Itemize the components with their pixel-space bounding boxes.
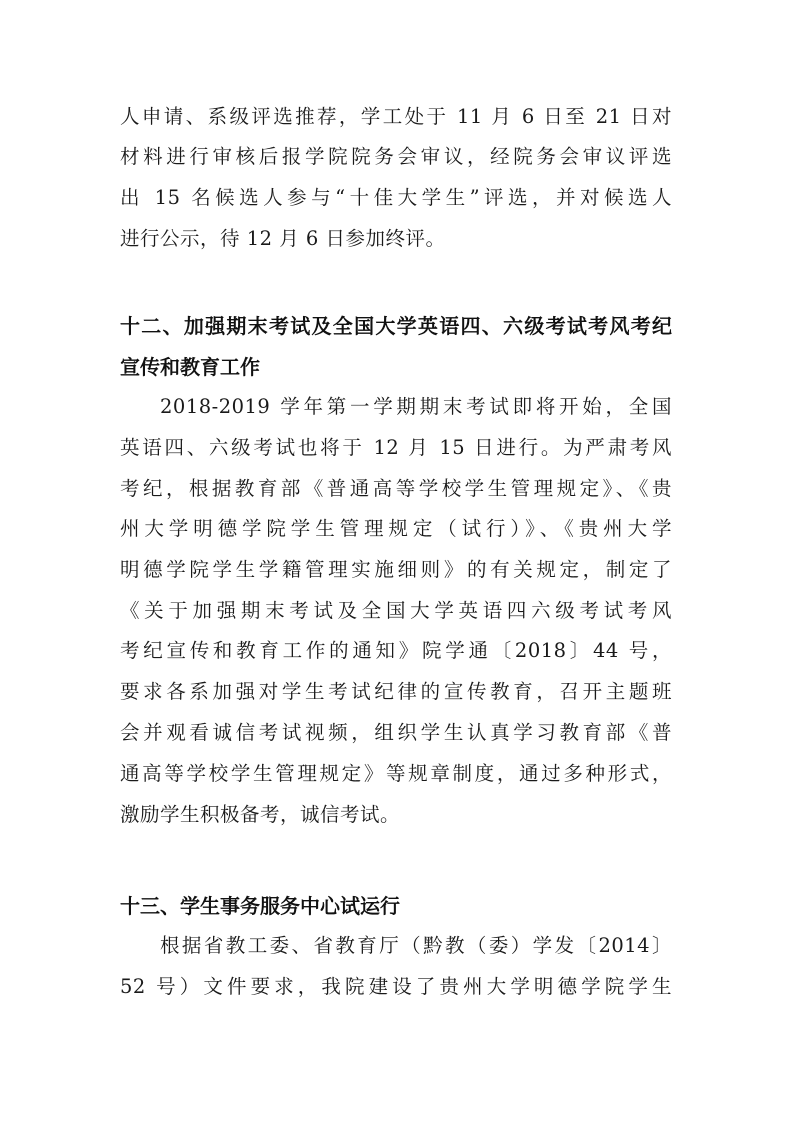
paragraph-line: 出 15 名候选人参与“十佳大学生”评选，并对候选人 [120, 184, 672, 212]
section-heading-continuation: 宣传和教育工作 [120, 352, 260, 382]
section-heading: 十二、加强期末考试及全国大学英语四、六级考试考风考纪 [120, 311, 672, 341]
paragraph-line: 考纪，根据教育部《普通高等学校学生管理规定》、《贵 [120, 475, 672, 503]
paragraph-line: 会并观看诚信考试视频，组织学生认真学习教育部《普 [120, 719, 672, 747]
paragraph-line: 2018-2019 学年第一学期期末考试即将开始，全国 [160, 393, 672, 421]
paragraph-line: 英语四、六级考试也将于 12 月 15 日进行。为严肃考风 [120, 434, 672, 462]
paragraph-line: 州大学明德学院学生管理规定（试行）》、《贵州大学 [120, 515, 672, 543]
paragraph-line: 材料进行审核后报学院院务会审议，经院务会审议评选 [120, 143, 672, 171]
paragraph-line: 激励学生积极备考，诚信考试。 [120, 801, 672, 829]
paragraph-line: 通高等学校学生管理规定》等规章制度，通过多种形式， [120, 760, 672, 788]
paragraph-line: 人申请、系级评选推荐，学工处于 11 月 6 日至 21 日对 [120, 103, 672, 131]
paragraph-line: 考纪宣传和教育工作的通知》院学通〔2018〕44 号， [120, 637, 672, 665]
paragraph-line: 《关于加强期末考试及全国大学英语四六级考试考风 [120, 597, 672, 625]
paragraph-line: 52 号）文件要求，我院建设了贵州大学明德学院学生 [120, 973, 672, 1001]
section-heading: 十三、学生事务服务中心试运行 [120, 891, 400, 921]
document-page: 人申请、系级评选推荐，学工处于 11 月 6 日至 21 日对 材料进行审核后报… [0, 0, 793, 1122]
paragraph-line: 明德学院学生学籍管理实施细则》的有关规定，制定了 [120, 556, 672, 584]
paragraph-line: 根据省教工委、省教育厅（黔教（委）学发〔2014〕 [160, 932, 672, 960]
paragraph-line: 要求各系加强对学生考试纪律的宣传教育，召开主题班 [120, 678, 672, 706]
paragraph-line: 进行公示，待 12 月 6 日参加终评。 [120, 225, 672, 253]
